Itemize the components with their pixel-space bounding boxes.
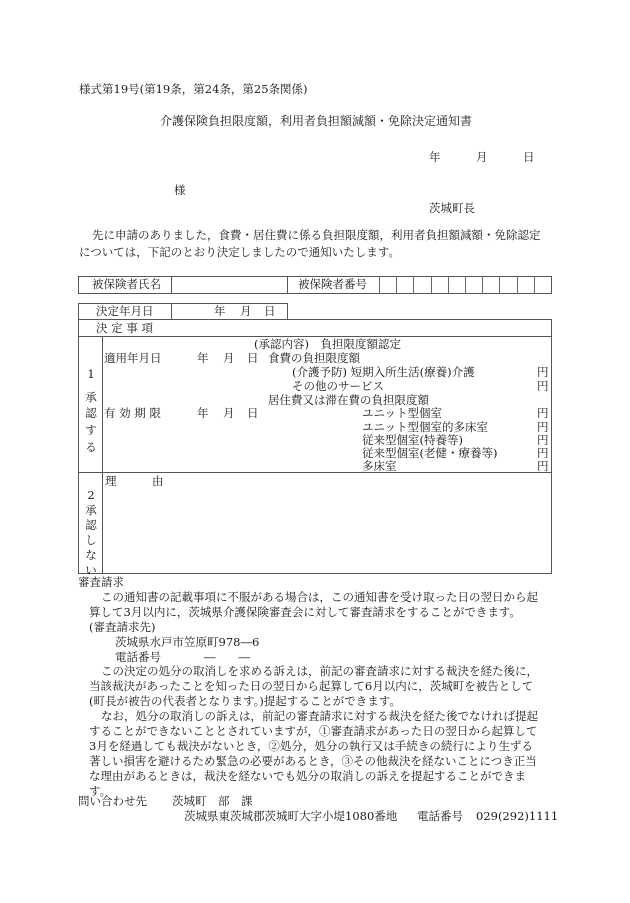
approval-content-label: (承認内容) 負担限度額認定 — [254, 339, 401, 351]
date-day-label: 日 — [523, 152, 535, 164]
valid-period-label: 有 効 期 限 — [104, 408, 161, 420]
issuer: 茨城町長 — [429, 203, 475, 215]
food-heading: 食費の負担限度額 — [268, 353, 360, 365]
review-dest-phone-value: ― ― — [204, 652, 250, 664]
number-box[interactable] — [517, 276, 534, 294]
residence-item-conventional-health-yen[interactable]: 円 — [537, 448, 549, 460]
decision-date-label: 決定年月日 — [96, 306, 154, 318]
apply-month-label: 月 — [223, 353, 235, 365]
valid-year-label: 年 — [197, 408, 209, 420]
insured-name-field[interactable] — [174, 279, 284, 291]
review-dest-address: 茨城県水戸市笠原町978―6 — [115, 637, 259, 649]
residence-item-conventional-special: 従来型個室(特養等) — [362, 435, 463, 447]
residence-heading: 居住費又は滞在費の負担限度額 — [268, 395, 429, 407]
intro-line-2: については，下記のとおり決定しましたので通知いたします。 — [79, 247, 400, 259]
review-p2-line1: この決定の処分の取消しを求める訴えは，前記の審査請求に対する裁決を経た後に， — [101, 666, 538, 678]
decision-items-label: 決 定 事 項 — [96, 323, 153, 335]
insured-number-boxes[interactable] — [379, 276, 552, 294]
number-box[interactable] — [396, 276, 413, 294]
contact-phone-value: 029(292)1111 — [476, 811, 558, 823]
intro-line-1: 先に申請のありました，食費・居住費に係る負担限度額，利用者負担額減額・免除認定 — [92, 230, 541, 242]
review-p3-line2: することができないこととされていますが，①審査請求があった日の翌日から起算して — [89, 726, 537, 738]
review-p3-line4: 著しい損害を避けるため緊急の必要があるとき，③その他裁決を経ないことにつき正当 — [89, 756, 537, 768]
review-heading: 審査請求 — [78, 577, 124, 589]
review-p3-line3: 3月を経過しても裁決がないとき，②処分，処分の執行又は手続きの続行により生ずる — [89, 741, 533, 753]
decision-month-label: 月 — [240, 306, 252, 318]
number-box[interactable] — [465, 276, 482, 294]
residence-item-unit-semi-private: ユニット型個室的多床室 — [362, 422, 488, 434]
number-box[interactable] — [448, 276, 465, 294]
number-box[interactable] — [534, 276, 551, 294]
contact-phone-label: 電話番号 — [417, 811, 463, 823]
reason-field[interactable] — [105, 492, 545, 568]
residence-item-unit-private-yen[interactable]: 円 — [537, 408, 549, 420]
residence-item-multi-bed: 多床室 — [362, 461, 397, 473]
review-dest-label: (審査請求先) — [89, 622, 155, 634]
residence-item-unit-semi-private-yen[interactable]: 円 — [537, 422, 549, 434]
residence-item-conventional-special-yen[interactable]: 円 — [537, 435, 549, 447]
food-item-short-stay-yen[interactable]: 円 — [537, 367, 549, 379]
contact-address: 茨城県東茨城郡茨城町大字小堤1080番地 — [184, 811, 397, 823]
apply-day-label: 日 — [247, 353, 259, 365]
number-box[interactable] — [431, 276, 448, 294]
residence-item-conventional-health: 従来型個室(老健・療養等) — [362, 448, 497, 460]
review-p3-line1: なお，処分の取消しの訴えは，前記の審査請求に対する裁決を経た後でなければ提起 — [101, 711, 538, 723]
review-p1-line2: 算して3月以内に，茨城県介護保険審査会に対して審査請求をすることができます。 — [89, 607, 521, 619]
date-month-label: 月 — [476, 152, 488, 164]
valid-month-label: 月 — [223, 408, 235, 420]
number-box[interactable] — [379, 276, 396, 294]
review-p3-line5: な理由があるときは，裁決を経ないでも処分の取消しの訴えを提起することができま — [89, 771, 526, 783]
recipient-suffix: 様 — [174, 185, 186, 197]
food-item-other-yen[interactable]: 円 — [537, 381, 549, 393]
review-p2-line3: (町長が被告の代表者となります。)提起することができます。 — [89, 696, 401, 708]
residence-item-unit-private: ユニット型個室 — [362, 408, 442, 420]
valid-day-label: 日 — [247, 408, 259, 420]
reason-label-1: 理 — [105, 476, 117, 488]
deny-section-label: 2 承 認 し な い — [83, 488, 99, 578]
residence-item-multi-bed-yen[interactable]: 円 — [537, 461, 549, 473]
decision-year-label: 年 — [214, 306, 226, 318]
review-dest-phone-label: 電話番号 — [115, 652, 161, 664]
form-number: 様式第19号(第19条，第24条，第25条関係) — [79, 84, 308, 96]
insured-name-label: 被保険者氏名 — [92, 279, 161, 291]
food-item-other: その他のサービス — [292, 381, 384, 393]
number-box[interactable] — [482, 276, 499, 294]
decision-day-label: 日 — [264, 306, 276, 318]
document-title: 介護保険負担限度額，利用者負担額減額・免除決定通知書 — [160, 115, 472, 127]
approve-section-label: 1 承 認 す る — [83, 366, 99, 455]
review-p2-line2: 当該裁決があったことを知った日の翌日から起算して6月以内に，茨城町を被告として — [89, 681, 533, 693]
apply-year-label: 年 — [197, 353, 209, 365]
food-item-short-stay: (介護予防) 短期入所生活(療養)介護 — [292, 367, 475, 379]
reason-label-2: 由 — [152, 476, 164, 488]
date-year-label: 年 — [429, 152, 441, 164]
contact-label: 問い合わせ先 — [78, 796, 147, 808]
insured-number-label: 被保険者番号 — [298, 279, 367, 291]
number-box[interactable] — [499, 276, 516, 294]
review-p1-line1: この通知書の記載事項に不服がある場合は，この通知書を受け取った日の翌日から起 — [101, 592, 538, 604]
contact-department: 茨城町 部 課 — [172, 796, 253, 808]
apply-date-label: 適用年月日 — [104, 353, 162, 365]
number-box[interactable] — [413, 276, 430, 294]
